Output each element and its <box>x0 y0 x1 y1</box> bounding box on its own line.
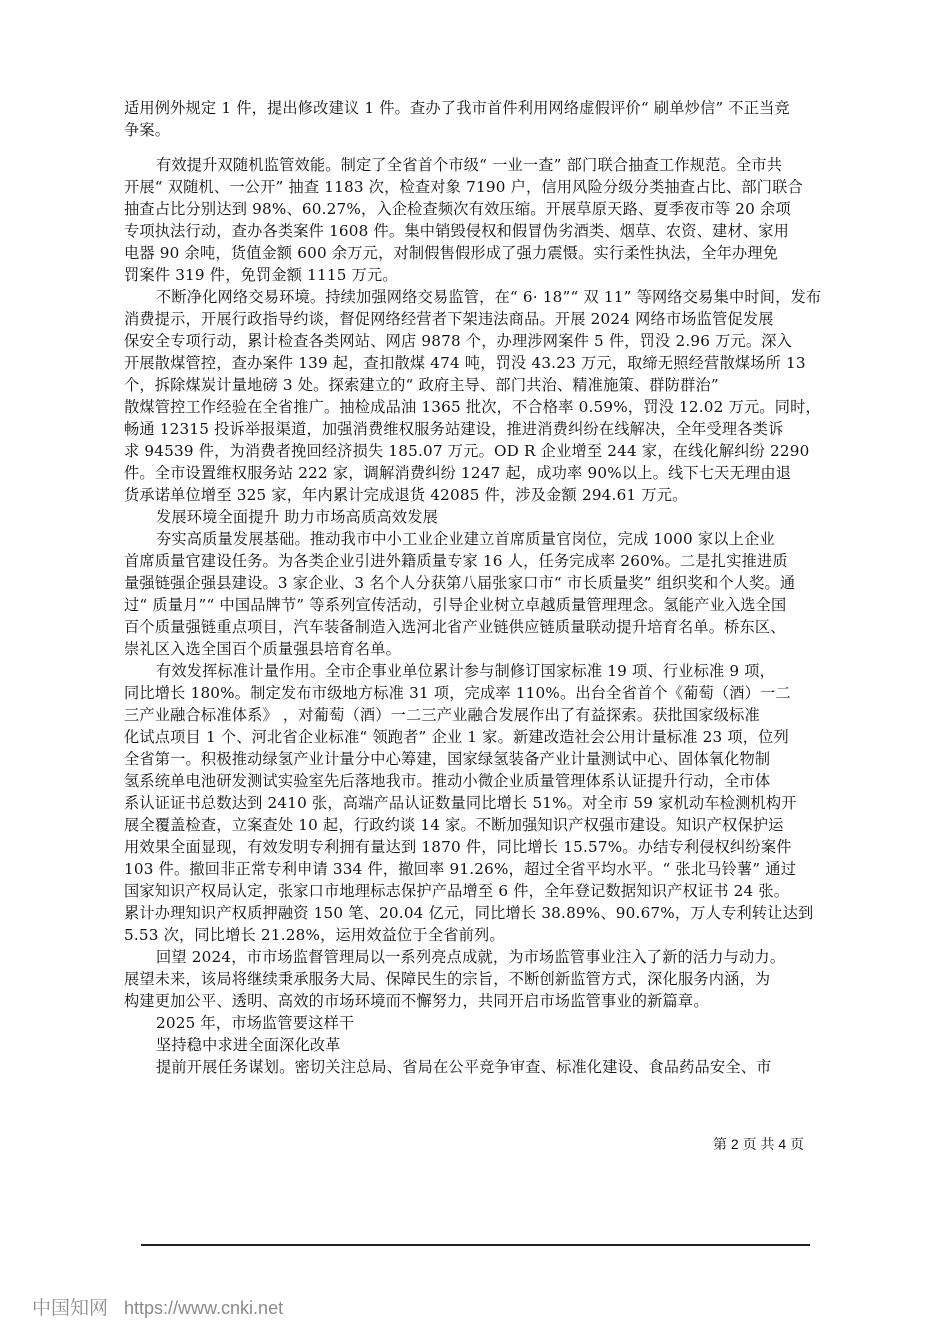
paragraph-first-line: 不断净化网络交易环境。持续加强网络交易监管，在“ 6· 18”“ 双 11” 等… <box>124 286 824 308</box>
text-line: 构建更加公平、透明、高效的市场环境而不懈努力，共同开启市场监管事业的新篇章。 <box>124 990 824 1012</box>
text-line: 同比增长 180%。制定发布市级地方标准 31 项，完成率 110%。出台全省首… <box>124 682 824 704</box>
paragraph-first-line: 发展环境全面提升 助力市场高质高效发展 <box>124 506 824 528</box>
text-line: 展全覆盖检查，立案查处 10 起，行政约谈 14 家。不断加强知识产权强市建设。… <box>124 814 824 836</box>
text-line: 个，拆除煤炭计量地磅 3 处。探索建立的“ 政府主导、部门共治、精准施策、群防群… <box>124 374 824 396</box>
cnki-watermark: 中国知网https://www.cnki.net <box>32 1293 283 1320</box>
footer-divider <box>141 1244 810 1246</box>
text-line: 百个质量强链重点项目，汽车装备制造入选河北省产业链供应链质量联动提升培育名单。桥… <box>124 616 824 638</box>
page-indicator: 第 2 页 共 4 页 <box>713 1134 804 1154</box>
text-line: 累计办理知识产权质押融资 150 笔、20.04 亿元，同比增长 38.89%、… <box>124 902 824 924</box>
paragraph-first-line: 有效提升双随机监管效能。制定了全省首个市级“ 一业一查” 部门联合抽查工作规范。… <box>124 154 824 176</box>
text-line: 氢系统单电池研发测试实验室先后落地我市。推动小微企业质量管理体系认证提升行动，全… <box>124 770 824 792</box>
text-line: 求 94539 件，为消费者挽回经济损失 185.07 万元。OD R 企业增至… <box>124 440 824 462</box>
text-line: 国家知识产权局认定，张家口市地理标志保护产品增至 6 件，全年登记数据知识产权证… <box>124 880 824 902</box>
text-line: 专项执法行动，查办各类案件 1608 件。集中销毁侵权和假冒伪劣酒类、烟草、农资… <box>124 220 824 242</box>
text-line: 罚案件 319 件，免罚金额 1115 万元。 <box>124 264 824 286</box>
paragraph-first-line: 提前开展任务谋划。密切关注总局、省局在公平竞争审查、标准化建设、食品药品安全、市 <box>124 1056 824 1078</box>
watermark-url: https://www.cnki.net <box>124 1298 283 1318</box>
text-line: 三产业融合标准体系》 ，对葡萄（酒）一二三产业融合发展作出了有益探索。获批国家级… <box>124 704 824 726</box>
document-body: 适用例外规定 1 件，提出修改建议 1 件。查办了我市首件利用网络虚假评价“ 刷… <box>124 97 824 1078</box>
text-line: 开展散煤管控，查办案件 139 起，查扣散煤 474 吨，罚没 43.23 万元… <box>124 352 824 374</box>
text-line: 散煤管控工作经验在全省推广。抽检成品油 1365 批次，不合格率 0.59%，罚… <box>124 396 824 418</box>
text-line: 抽查占比分别达到 98%、60.27%，入企检查频次有效压缩。开展草原天路、夏季… <box>124 198 824 220</box>
text-line: 保安全专项行动，累计检查各类网站、网店 9878 个，办理涉网案件 5 件，罚没… <box>124 330 824 352</box>
paragraph-first-line: 坚持稳中求进全面深化改革 <box>124 1034 824 1056</box>
text-line: 件。全市设置维权服务站 222 家，调解消费纠纷 1247 起，成功率 90%以… <box>124 462 824 484</box>
text-line: 电器 90 余吨，货值金额 600 余万元，对制假售假形成了强力震慑。实行柔性执… <box>124 242 824 264</box>
text-line: 货承诺单位增至 325 家，年内累计完成退货 42085 件，涉及金额 294.… <box>124 484 824 506</box>
paragraph-first-line: 2025 年，市场监管要这样干 <box>124 1012 824 1034</box>
paragraph-first-line: 夯实高质量发展基础。推动我市中小工业企业建立首席质量官岗位，完成 1000 家以… <box>124 528 824 550</box>
paragraph-first-line: 有效发挥标准计量作用。全市企事业单位累计参与制修订国家标准 19 项、行业标准 … <box>124 660 824 682</box>
text-line: 全省第一。积极推动绿氢产业计量分中心筹建，国家绿氢装备产业计量测试中心、固体氧化… <box>124 748 824 770</box>
text-line: 崇礼区入选全国百个质量强县培育名单。 <box>124 638 824 660</box>
paragraph-gap <box>124 141 824 154</box>
text-line: 用效果全面显现，有效发明专利拥有量达到 1870 件，同比增长 15.57%。办… <box>124 836 824 858</box>
text-line: 103 件。撤回非正常专利申请 334 件，撤回率 91.26%，超过全省平均水… <box>124 858 824 880</box>
text-line: 过“ 质量月”“ 中国品牌节” 等系列宣传活动，引导企业树立卓越质量管理理念。氢… <box>124 594 824 616</box>
text-line: 化试点项目 1 个、河北省企业标准“ 领跑者” 企业 1 家。新建改造社会公用计… <box>124 726 824 748</box>
text-line: 量强链强企强县建设。3 家企业、3 名个人分获第八届张家口市“ 市长质量奖” 组… <box>124 572 824 594</box>
text-line: 适用例外规定 1 件，提出修改建议 1 件。查办了我市首件利用网络虚假评价“ 刷… <box>124 97 824 119</box>
text-line: 展望未来，该局将继续秉承服务大局、保障民生的宗旨，不断创新监管方式，深化服务内涵… <box>124 968 824 990</box>
text-line: 开展“ 双随机、一公开” 抽查 1183 次，检查对象 7190 户，信用风险分… <box>124 176 824 198</box>
text-line: 首席质量官建设任务。为各类企业引进外籍质量专家 16 人，任务完成率 260%。… <box>124 550 824 572</box>
paragraph-first-line: 回望 2024，市市场监督管理局以一系列亮点成就，为市场监管事业注入了新的活力与… <box>124 946 824 968</box>
watermark-brand: 中国知网 <box>32 1298 108 1319</box>
text-line: 争案。 <box>124 119 824 141</box>
text-line: 消费提示，开展行政指导约谈，督促网络经营者下架违法商品。开展 2024 网络市场… <box>124 308 824 330</box>
text-line: 系认证证书总数达到 2410 张，高端产品认证数量同比增长 51%。对全市 59… <box>124 792 824 814</box>
text-line: 5.53 次，同比增长 21.28%，运用效益位于全省前列。 <box>124 924 824 946</box>
text-line: 畅通 12315 投诉举报渠道，加强消费维权服务站建设，推进消费纠纷在线解决，全… <box>124 418 824 440</box>
